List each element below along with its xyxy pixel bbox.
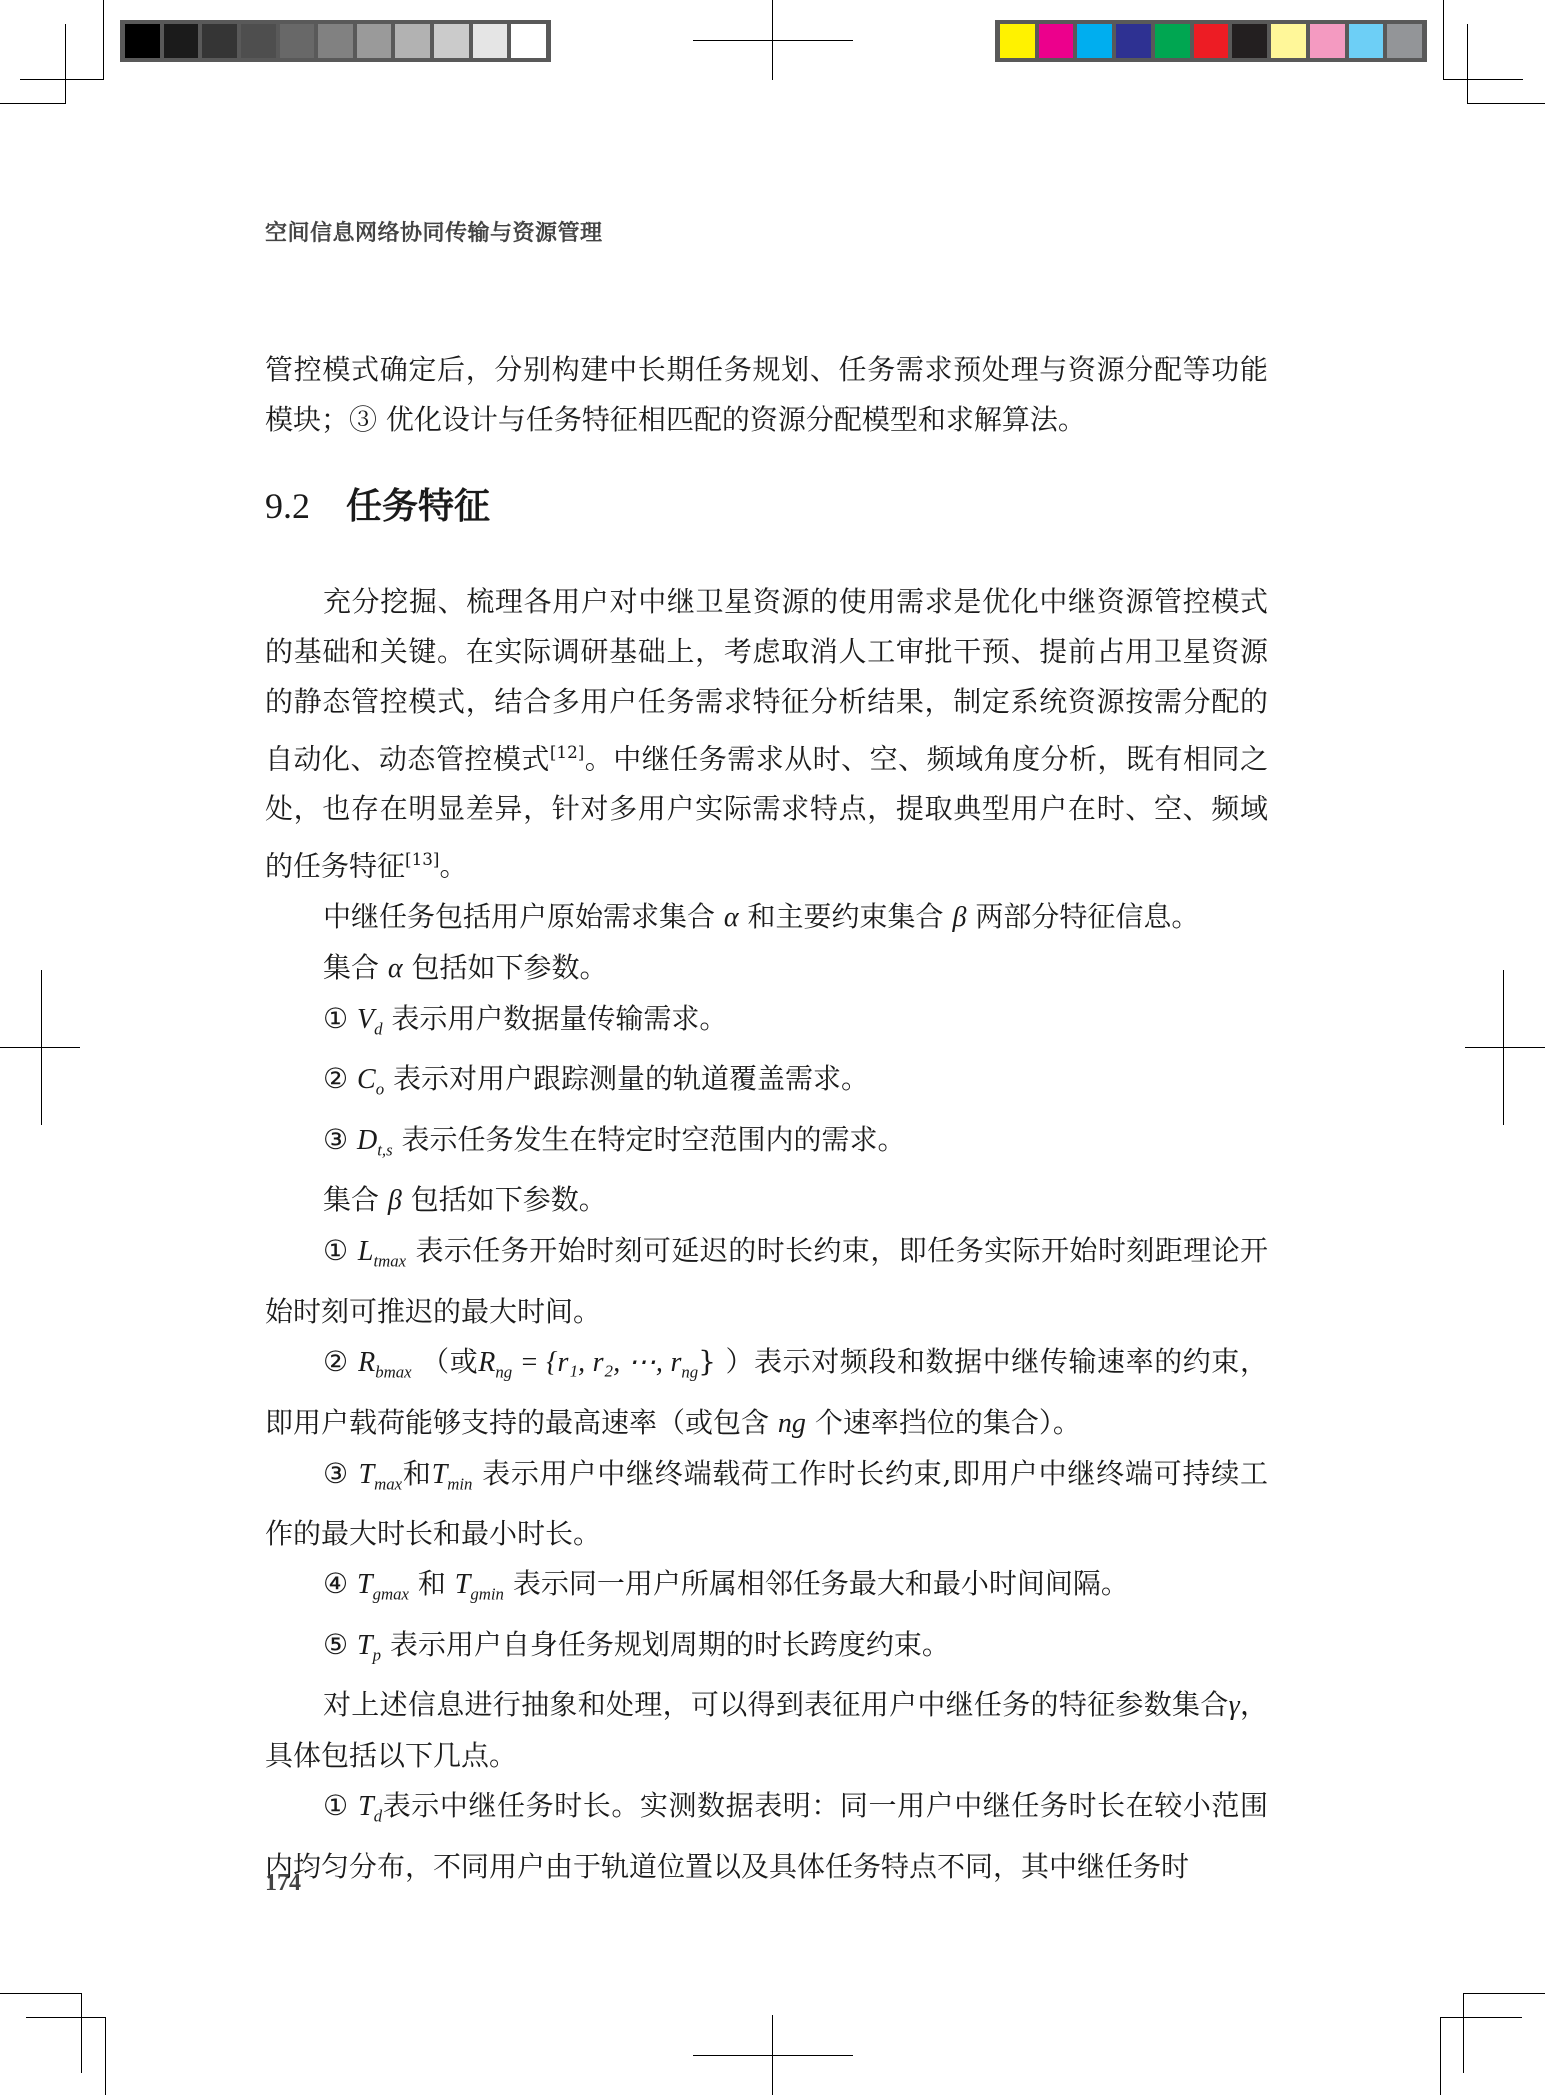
color-swatch bbox=[125, 24, 160, 58]
text: （或 bbox=[421, 1345, 478, 1378]
crop-mark bbox=[1467, 103, 1545, 104]
list-item: ② Rbmax （或Rng = {r₁, r₂, ⋯, rng} ）表示对频段和… bbox=[265, 1337, 1268, 1449]
color-swatch bbox=[357, 24, 392, 58]
text: 表示对用户跟踪测量的轨道覆盖需求。 bbox=[393, 1062, 869, 1095]
symbol: T bbox=[432, 1459, 448, 1490]
intro-paragraph: 管控模式确定后，分别构建中长期任务规划、任务需求预处理与资源分配等功能模块；③ … bbox=[265, 345, 1268, 445]
subscript: t,s bbox=[377, 1140, 392, 1159]
paragraph-text: 管控模式确定后，分别构建中长期任务规划、任务需求预处理与资源分配等功能模块；③ … bbox=[265, 345, 1268, 445]
color-swatch bbox=[202, 24, 237, 58]
color-calibration-bar bbox=[995, 20, 1427, 62]
symbol: T bbox=[357, 1569, 373, 1600]
main-body: 充分挖掘、梳理各用户对中继卫星资源的使用需求是优化中继资源管控模式的基础和关键。… bbox=[265, 577, 1268, 1892]
crop-mark bbox=[81, 1993, 82, 2073]
symbol-gamma: γ bbox=[1229, 1690, 1240, 1721]
color-swatch bbox=[511, 24, 546, 58]
text: 表示中继任务时长。实测数据表明：同一用户中继任务时长在较小范围内均匀分布，不同用… bbox=[265, 1789, 1268, 1883]
crop-mark bbox=[103, 0, 104, 80]
section-number: 9.2 bbox=[265, 486, 310, 526]
color-swatch bbox=[1194, 24, 1229, 58]
text: 表示用户自身任务规划周期的时长跨度约束。 bbox=[390, 1628, 950, 1661]
symbol: R bbox=[358, 1347, 375, 1378]
subscript: d bbox=[374, 1019, 382, 1038]
circled-number: ① bbox=[323, 1789, 349, 1822]
text: 表示任务发生在特定时空范围内的需求。 bbox=[402, 1123, 906, 1156]
symbol: T bbox=[357, 1630, 373, 1661]
symbol: V bbox=[357, 1004, 374, 1035]
crop-mark bbox=[65, 24, 66, 104]
crop-mark bbox=[1463, 1993, 1464, 2073]
list-item: ① Td表示中继任务时长。实测数据表明：同一用户中继任务时长在较小范围内均匀分布… bbox=[265, 1781, 1268, 1892]
text: 集合 bbox=[323, 951, 379, 984]
color-swatch bbox=[395, 24, 430, 58]
text: 对上述信息进行抽象和处理，可以得到表征用户中继任务的特征参数集合 bbox=[323, 1688, 1229, 1721]
color-swatch bbox=[1271, 24, 1306, 58]
color-swatch bbox=[1387, 24, 1422, 58]
crop-mark bbox=[26, 2017, 106, 2018]
subscript: gmax bbox=[373, 1585, 409, 1604]
list-item: ④ Tgmax 和 Tgmin 表示同一用户所属相邻任务最大和最小时间间隔。 bbox=[265, 1559, 1268, 1620]
crop-mark bbox=[1443, 0, 1444, 80]
circled-number: ① bbox=[323, 1002, 348, 1035]
text: 和主要约束集合 bbox=[748, 900, 944, 933]
set-expression: = {r₁, r₂, ⋯, r bbox=[512, 1347, 681, 1378]
crop-mark bbox=[105, 2017, 106, 2095]
symbol: T bbox=[455, 1569, 471, 1600]
symbol: T bbox=[358, 1791, 374, 1822]
symbol-beta: β bbox=[952, 902, 966, 933]
subscript: max bbox=[374, 1474, 402, 1493]
symbol: R bbox=[478, 1347, 495, 1378]
text: 中继任务包括用户原始需求集合 bbox=[323, 900, 715, 933]
crop-mark bbox=[1440, 2017, 1522, 2018]
citation-12[interactable]: [12] bbox=[550, 742, 584, 762]
text: 两部分特征信息。 bbox=[975, 900, 1199, 933]
subscript: ng bbox=[681, 1363, 698, 1382]
subscript: bmax bbox=[375, 1363, 411, 1382]
paragraph: 中继任务包括用户原始需求集合 α 和主要约束集合 β 两部分特征信息。 bbox=[265, 892, 1268, 943]
section-title: 任务特征 bbox=[346, 486, 490, 527]
color-swatch bbox=[1349, 24, 1384, 58]
text: 和 bbox=[418, 1567, 446, 1600]
crop-mark bbox=[0, 103, 66, 104]
list-item: ② Co 表示对用户跟踪测量的轨道覆盖需求。 bbox=[265, 1054, 1268, 1115]
subscript: p bbox=[373, 1645, 381, 1664]
circled-number: ⑤ bbox=[323, 1628, 348, 1661]
color-swatch bbox=[1310, 24, 1345, 58]
symbol: D bbox=[357, 1125, 377, 1156]
circled-number: ② bbox=[323, 1345, 349, 1378]
text: 集合 bbox=[323, 1183, 379, 1216]
text: 表示任务开始时刻可延迟的时长约束，即任务实际开始时刻距理论开始时刻可推迟的最大时… bbox=[265, 1234, 1268, 1328]
circled-number: ① bbox=[323, 1234, 349, 1267]
crop-mark bbox=[693, 40, 853, 41]
subscript: d bbox=[374, 1807, 382, 1826]
paragraph: 对上述信息进行抽象和处理，可以得到表征用户中继任务的特征参数集合γ，具体包括以下… bbox=[265, 1680, 1268, 1781]
text: 。 bbox=[439, 850, 467, 883]
symbol-alpha: α bbox=[388, 953, 403, 984]
crop-mark bbox=[693, 2055, 853, 2056]
color-swatch bbox=[1155, 24, 1190, 58]
symbol: T bbox=[359, 1459, 375, 1490]
paragraph: 集合 α 包括如下参数。 bbox=[265, 943, 1268, 994]
text: 包括如下参数。 bbox=[412, 951, 608, 984]
circled-number: ③ bbox=[323, 1123, 348, 1156]
crop-mark bbox=[1465, 1047, 1545, 1048]
list-item: ③ Tmax和Tmin 表示用户中继终端载荷工作时长约束,即用户中继终端可持续工… bbox=[265, 1449, 1268, 1560]
symbol-alpha: α bbox=[724, 902, 739, 933]
crop-mark bbox=[0, 1993, 82, 1994]
page-number: 174 bbox=[265, 1870, 301, 1897]
color-swatch bbox=[1116, 24, 1151, 58]
list-item: ① Ltmax 表示任务开始时刻可延迟的时长约束，即任务实际开始时刻距理论开始时… bbox=[265, 1226, 1268, 1337]
subscript: min bbox=[447, 1474, 472, 1493]
crop-mark bbox=[1440, 2017, 1441, 2095]
symbol: C bbox=[357, 1064, 376, 1095]
paragraph: 充分挖掘、梳理各用户对中继卫星资源的使用需求是优化中继资源管控模式的基础和关键。… bbox=[265, 577, 1268, 892]
color-swatch bbox=[1039, 24, 1074, 58]
circled-number: ④ bbox=[323, 1567, 348, 1600]
subscript: gmin bbox=[470, 1585, 504, 1604]
brace: } bbox=[698, 1345, 716, 1378]
citation-13[interactable]: [13] bbox=[405, 849, 439, 869]
circled-number: ③ bbox=[323, 1457, 349, 1490]
color-swatch bbox=[318, 24, 353, 58]
crop-mark bbox=[20, 79, 104, 80]
crop-mark bbox=[1443, 79, 1523, 80]
circled-number: ② bbox=[323, 1062, 348, 1095]
color-swatch bbox=[1232, 24, 1267, 58]
list-item: ③ Dt,s 表示任务发生在特定时空范围内的需求。 bbox=[265, 1115, 1268, 1176]
text: 表示用户数据量传输需求。 bbox=[391, 1002, 727, 1035]
color-swatch bbox=[241, 24, 276, 58]
text: 个速率挡位的集合）。 bbox=[815, 1406, 1081, 1439]
color-swatch bbox=[1077, 24, 1112, 58]
color-swatch bbox=[434, 24, 469, 58]
color-swatch bbox=[280, 24, 315, 58]
color-swatch bbox=[164, 24, 199, 58]
color-swatch bbox=[1000, 24, 1035, 58]
text: 表示同一用户所属相邻任务最大和最小时间间隔。 bbox=[513, 1567, 1129, 1600]
crop-mark bbox=[1463, 1993, 1545, 1994]
symbol: L bbox=[358, 1236, 374, 1267]
symbol-beta: β bbox=[388, 1185, 402, 1216]
color-swatch bbox=[473, 24, 508, 58]
text: 包括如下参数。 bbox=[411, 1183, 607, 1216]
running-header: 空间信息网络协同传输与资源管理 bbox=[265, 216, 603, 247]
crop-mark bbox=[0, 1047, 80, 1048]
list-item: ① Vd 表示用户数据量传输需求。 bbox=[265, 994, 1268, 1055]
crop-mark bbox=[1467, 24, 1468, 104]
list-item: ⑤ Tp 表示用户自身任务规划周期的时长跨度约束。 bbox=[265, 1620, 1268, 1681]
paragraph: 集合 β 包括如下参数。 bbox=[265, 1175, 1268, 1226]
subscript: o bbox=[376, 1080, 384, 1099]
subscript: ng bbox=[495, 1363, 512, 1382]
text: ）表示对频段和数据中继传输速率的约束，即用户载荷能够支持的最高速率（或包含 bbox=[265, 1345, 1268, 1439]
symbol: ng bbox=[778, 1408, 806, 1439]
text: 和 bbox=[402, 1457, 432, 1490]
section-heading: 9.2任务特征 bbox=[265, 478, 490, 529]
subscript: tmax bbox=[373, 1252, 406, 1271]
grayscale-calibration-bar bbox=[120, 20, 551, 62]
